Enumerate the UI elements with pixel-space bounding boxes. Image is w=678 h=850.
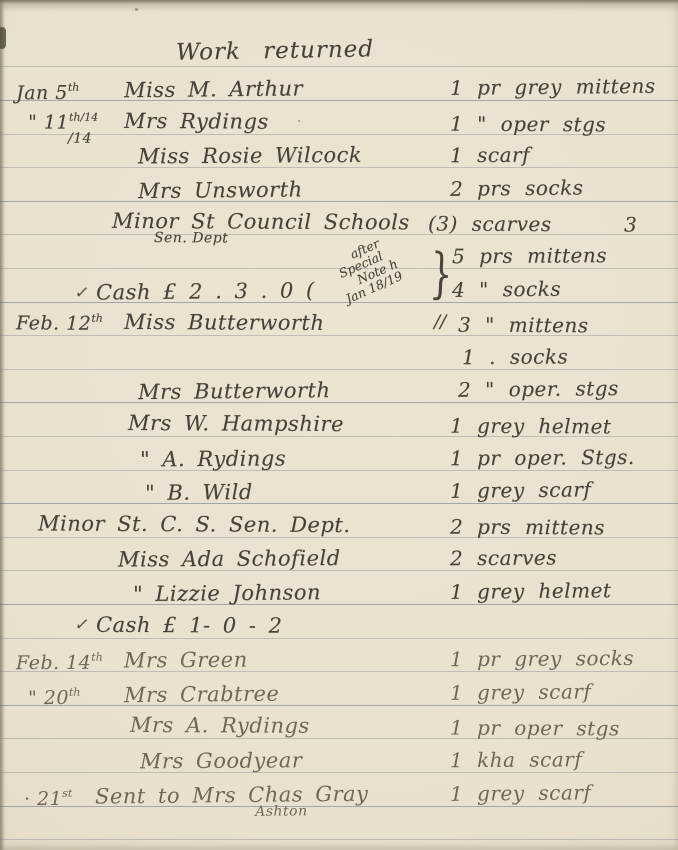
tick-mark: ✓ bbox=[74, 282, 88, 301]
entry-quantity-mark: // bbox=[434, 312, 446, 333]
entry-quantity: 1 grey scarf bbox=[450, 478, 592, 503]
entry-quantity: 2 " oper. stgs bbox=[458, 376, 619, 402]
entry-name: Miss Rosie Wilcock bbox=[138, 143, 362, 169]
entry-date-ordinal: th bbox=[69, 686, 81, 699]
entry-date-text: Feb. 14 bbox=[16, 652, 91, 675]
entry-name: Mrs Green bbox=[124, 648, 248, 673]
entry-quantity: 4 " socks bbox=[452, 276, 561, 301]
ledger-row: Mrs W. Hampshire1 grey helmet bbox=[0, 406, 678, 444]
entry-name: Miss Butterworth bbox=[124, 310, 324, 335]
entry-quantity: 3 " mittens bbox=[458, 313, 589, 338]
ledger-row: Minor St. C. S. Sen. Dept.2 prs mittens bbox=[0, 507, 678, 545]
entry-date: · 21st bbox=[24, 787, 73, 810]
tick-mark: ✓ bbox=[74, 614, 88, 633]
entry-date: Feb. 14th bbox=[16, 652, 103, 675]
ledger-row: Mrs A. Rydings1 pr oper stgs bbox=[0, 709, 678, 747]
entry-name: Miss M. Arthur bbox=[124, 76, 303, 102]
ruled-line bbox=[0, 66, 678, 67]
ledger-row: " 11th/14/14Mrs Rydings1 " oper stgs bbox=[0, 104, 678, 142]
annotation-brace: } bbox=[429, 241, 454, 306]
entry-name: " Lizzie Johnson bbox=[133, 580, 321, 606]
entry-quantity: 1 scarf bbox=[450, 143, 530, 168]
ledger-row: Minor St Council SchoolsSen. Dept(3) sca… bbox=[0, 205, 678, 243]
entry-name: Sent to Mrs Chas Gray bbox=[95, 781, 369, 808]
ledger-row: " Lizzie Johnson1 grey helmet bbox=[0, 572, 678, 613]
ledger-row: " B. Wild1 grey scarf bbox=[0, 472, 678, 513]
entry-date: " 20th bbox=[28, 687, 81, 710]
entry-date-text: " 20 bbox=[28, 687, 69, 709]
entry-quantity: 1 " oper stgs bbox=[450, 111, 606, 136]
entry-date-ordinal: th bbox=[91, 651, 103, 664]
entry-quantity: 1 pr oper stgs bbox=[450, 716, 620, 741]
entry-name: Mrs W. Hampshire bbox=[128, 411, 344, 436]
entry-date-text: Feb. 12 bbox=[16, 312, 91, 334]
entry-quantity-tail: 3 bbox=[624, 213, 637, 237]
ledger-row: Feb. 12thMiss Butterworth//3 " mittens bbox=[0, 305, 678, 343]
entry-date-text: Jan 5 bbox=[16, 82, 68, 105]
entry-name: Minor St. C. S. Sen. Dept. bbox=[38, 511, 351, 537]
ledger-row: Jan 5thMiss M. Arthur1 pr grey mittens bbox=[0, 68, 678, 109]
entry-quantity: 1 pr oper. Stgs. bbox=[450, 445, 635, 470]
entry-name-subline: Ashton bbox=[255, 803, 308, 820]
entry-quantity: 1 grey scarf bbox=[450, 780, 592, 805]
notebook-page: Work returned Jan 5thMiss M. Arthur1 pr … bbox=[0, 0, 678, 850]
entry-quantity: (3) scarves bbox=[428, 212, 552, 237]
entry-date-ordinal: th bbox=[68, 81, 80, 94]
ledger-row: ✓Cash £ 1- 0 - 2 bbox=[0, 608, 678, 646]
entry-quantity: 1 grey helmet bbox=[450, 414, 612, 439]
entry-quantity: 1 pr grey socks bbox=[450, 646, 634, 671]
entry-date: Feb. 12th bbox=[16, 312, 103, 334]
paper-speck bbox=[298, 120, 300, 122]
entry-name: Miss Ada Schofield bbox=[118, 546, 341, 572]
entry-quantity: 1 grey helmet bbox=[450, 578, 612, 604]
entry-quantity: 5 prs mittens bbox=[452, 243, 607, 268]
entry-name: " B. Wild bbox=[145, 480, 253, 505]
ledger-row: · 21stSent to Mrs Chas GrayAshton1 grey … bbox=[0, 774, 678, 815]
entry-name: Mrs Unsworth bbox=[138, 177, 303, 203]
entry-name: Mrs A. Rydings bbox=[130, 713, 310, 738]
paper-speck bbox=[610, 455, 613, 457]
entry-name: " A. Rydings bbox=[140, 446, 286, 471]
entry-quantity: 2 prs socks bbox=[450, 175, 584, 200]
paper-speck bbox=[135, 8, 138, 11]
entry-date-text: " 11 bbox=[28, 111, 69, 133]
entry-date-ordinal: th bbox=[91, 312, 103, 325]
entry-date: Jan 5th bbox=[16, 82, 80, 105]
page-title: Work returned bbox=[176, 36, 374, 65]
entry-name: Cash £ 1- 0 - 2 bbox=[96, 612, 283, 637]
entry-date-ordinal: st bbox=[62, 786, 72, 799]
entry-quantity: 1 grey scarf bbox=[450, 679, 592, 704]
entry-quantity: 1 pr grey mittens bbox=[450, 74, 656, 100]
page-edge-mark bbox=[0, 27, 6, 49]
ruled-line bbox=[0, 839, 678, 840]
entry-date-ordinal: th/14 bbox=[69, 110, 98, 123]
entry-name: Mrs Crabtree bbox=[124, 681, 280, 707]
entry-name: Mrs Butterworth bbox=[138, 378, 331, 404]
entry-name: Mrs Rydings bbox=[124, 108, 269, 133]
entry-quantity: 1 . socks bbox=[462, 344, 568, 369]
entry-name: Cash £ 2 . 3 . 0 ( bbox=[96, 278, 315, 304]
entry-name: Mrs Goodyear bbox=[140, 748, 303, 773]
entry-date-text: · 21 bbox=[24, 787, 62, 809]
entry-quantity: 1 kha scarf bbox=[450, 747, 582, 772]
entry-quantity: 2 scarves bbox=[450, 546, 557, 571]
entry-quantity: 2 prs mittens bbox=[450, 514, 605, 539]
